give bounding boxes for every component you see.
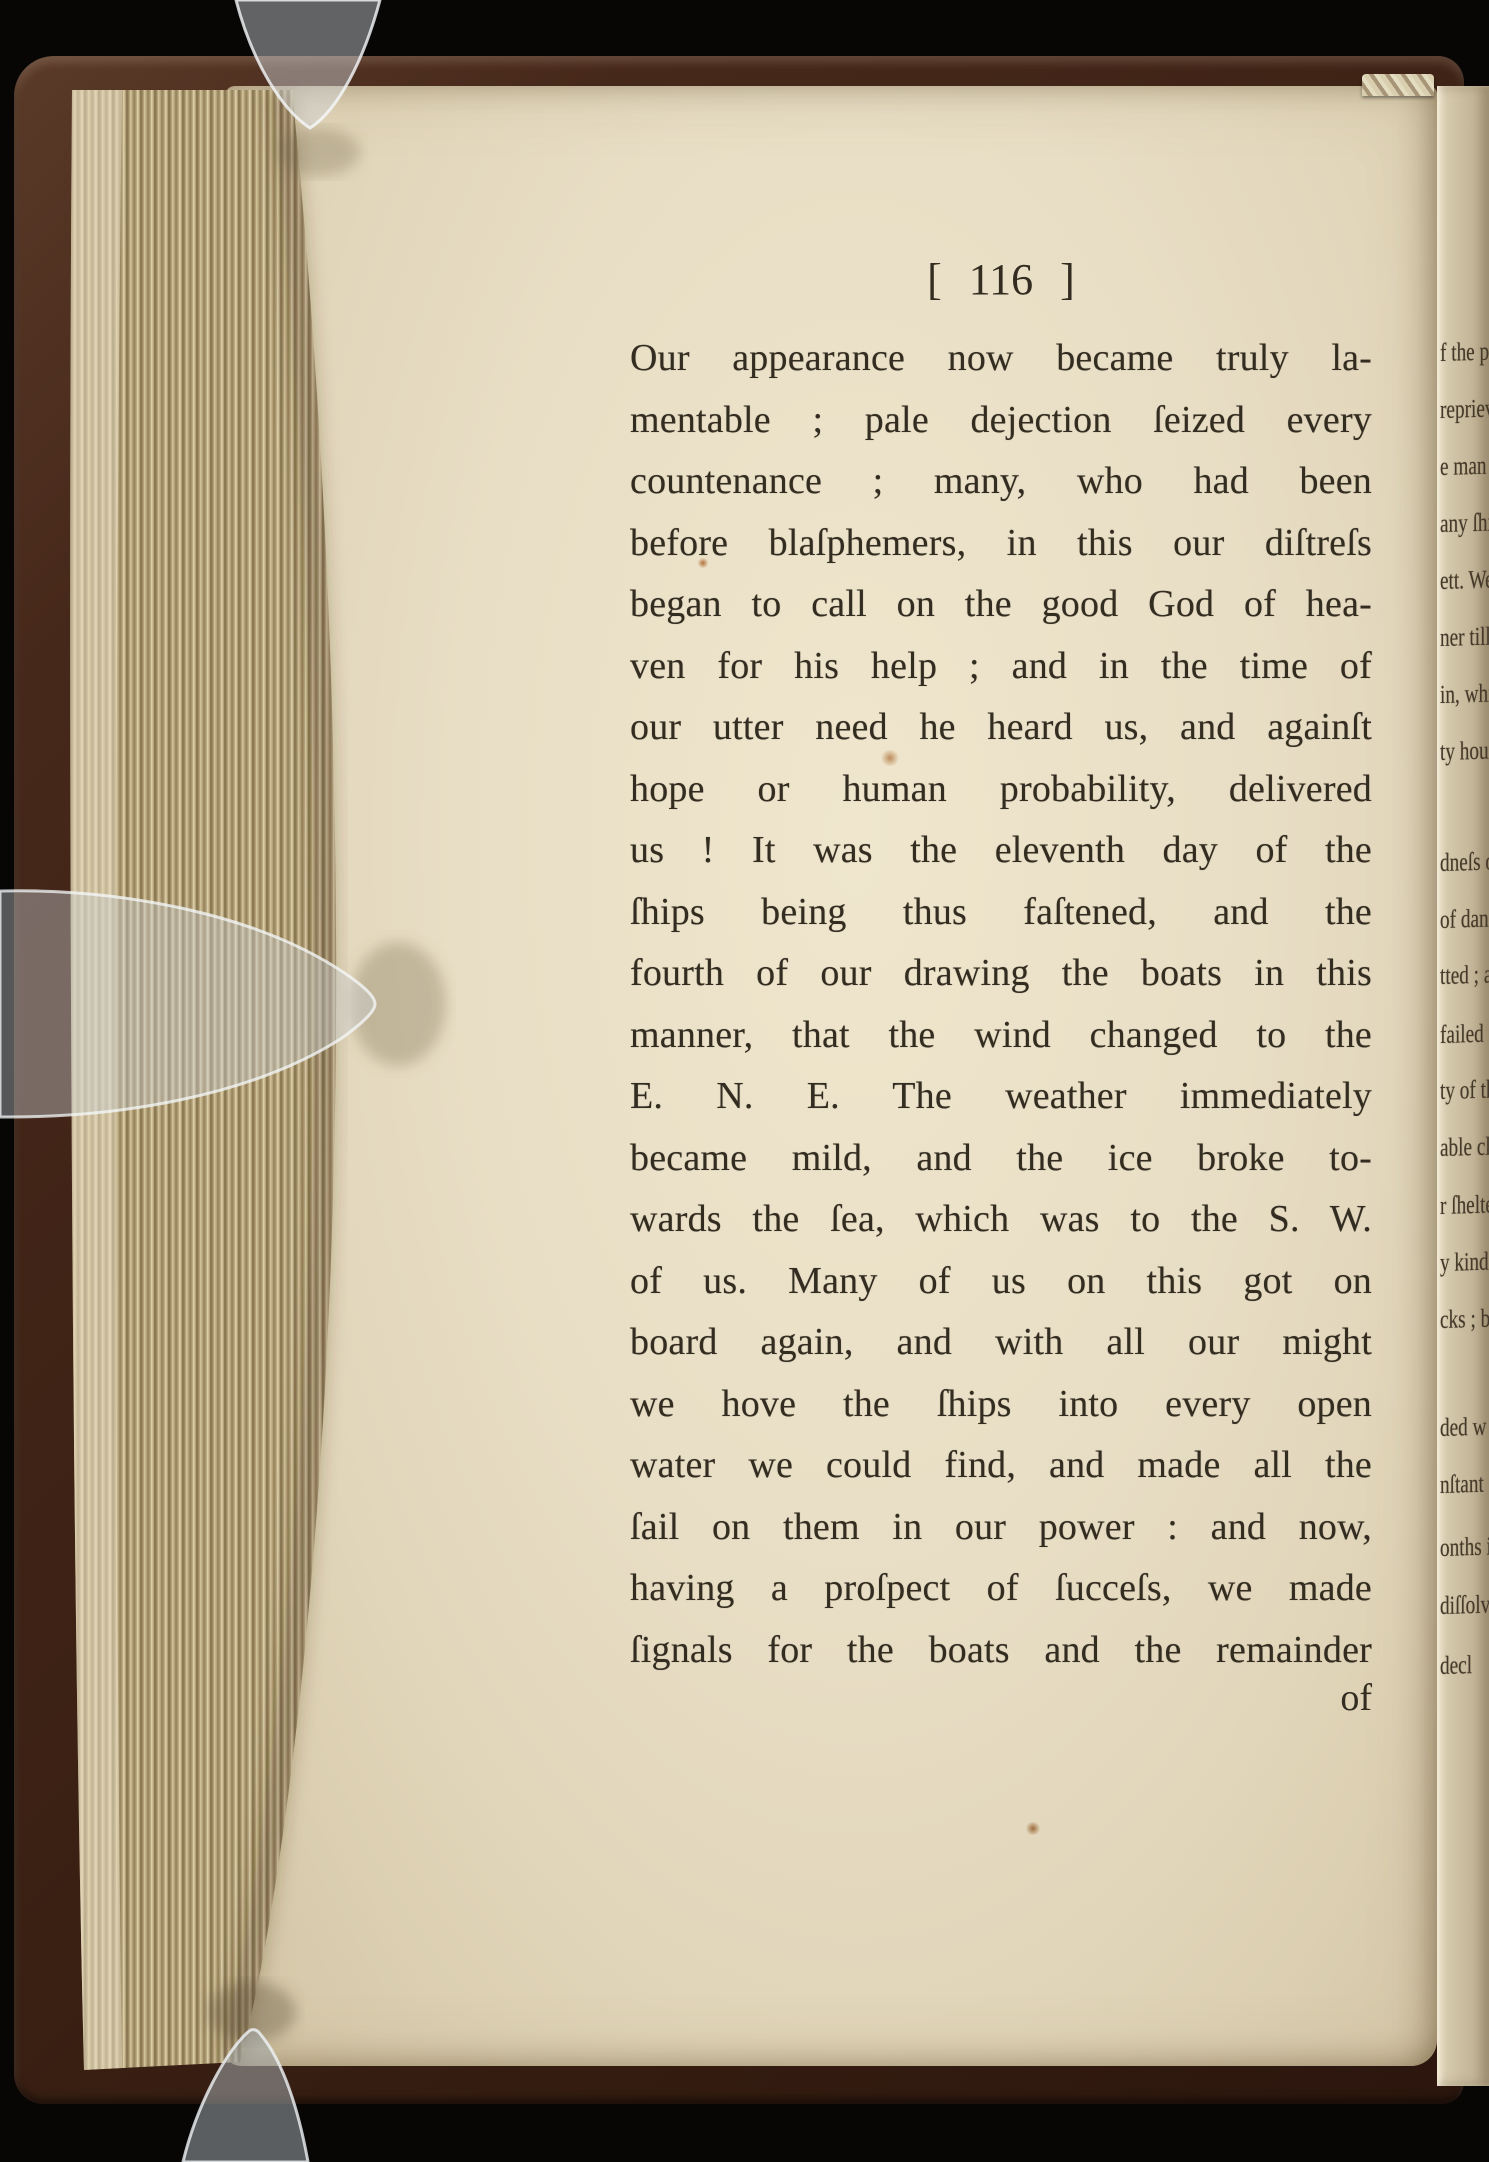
plastic-clip-top — [236, 0, 380, 128]
book-photograph: [ 116 ] Our appearance now became truly … — [0, 0, 1489, 2162]
plastic-clip-left — [0, 891, 375, 1117]
plastic-clip-bottom — [183, 2030, 308, 2162]
clip-shadow — [276, 128, 360, 176]
book-clips — [0, 0, 1489, 2162]
